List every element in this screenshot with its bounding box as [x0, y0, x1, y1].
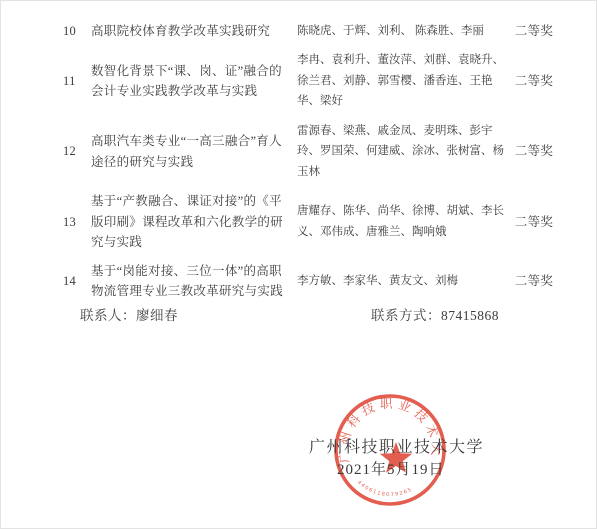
- contact-person: 联系人：廖细春: [80, 304, 178, 324]
- row-number: 10: [57, 21, 91, 41]
- table-row: 14 基于“岗能对接、三位一体”的高职物流管理专业三教改革研究与实践 李方敏、李…: [57, 261, 569, 302]
- table-row: 10 高职院校体育教学改革实践研究 陈晓虎、于辉、刘利、 陈森胜、李丽 二等奖: [57, 21, 569, 41]
- table-row: 12 高职汽车类专业“一高三融合”育人途径的研究与实践 雷源春、梁燕、戚金凤、麦…: [57, 121, 569, 182]
- project-title: 高职汽车类专业“一高三融合”育人途径的研究与实践: [91, 131, 293, 172]
- row-number: 13: [57, 212, 91, 232]
- contact-person-value: 廖细春: [136, 308, 178, 323]
- award-level: 二等奖: [505, 21, 563, 41]
- project-members: 李冉、袁利升、董汝萍、刘群、袁晓升、徐兰君、刘静、郭雪樱、潘香连、王艳华、梁好: [293, 50, 505, 111]
- contact-method: 联系方式：87415868: [371, 304, 499, 324]
- seal-code-text: 4406118079265: [356, 480, 414, 498]
- contact-method-label: 联系方式：: [371, 308, 441, 323]
- award-level: 二等奖: [505, 71, 563, 91]
- footer-organization: 广州科技职业技术大学: [309, 434, 484, 457]
- award-level: 二等奖: [505, 212, 563, 232]
- award-level: 二等奖: [505, 271, 563, 291]
- project-title: 数智化背景下“课、岗、证”融合的会计专业实践教学改革与实践: [91, 61, 293, 102]
- award-level: 二等奖: [505, 141, 563, 161]
- contact-person-label: 联系人：: [80, 308, 136, 323]
- row-number: 12: [57, 141, 91, 161]
- footer-date: 2021年5月19日: [337, 458, 445, 479]
- project-title: 基于“产教融合、课证对接”的《平版印刷》课程改革和六化教学的研究与实践: [91, 191, 293, 252]
- document-page: 10 高职院校体育教学改革实践研究 陈晓虎、于辉、刘利、 陈森胜、李丽 二等奖 …: [0, 0, 597, 529]
- row-number: 11: [57, 71, 91, 91]
- project-title: 基于“岗能对接、三位一体”的高职物流管理专业三教改革研究与实践: [91, 261, 293, 302]
- project-members: 李方敏、李家华、黄友文、刘梅: [293, 271, 505, 291]
- table-row: 13 基于“产教融合、课证对接”的《平版印刷》课程改革和六化教学的研究与实践 唐…: [57, 191, 569, 252]
- project-members: 雷源春、梁燕、戚金凤、麦明珠、彭宇玲、罗国荣、何建威、涂冰、张树富、杨玉林: [293, 121, 505, 182]
- award-table: 10 高职院校体育教学改革实践研究 陈晓虎、于辉、刘利、 陈森胜、李丽 二等奖 …: [57, 21, 569, 302]
- project-title: 高职院校体育教学改革实践研究: [91, 21, 293, 41]
- contact-method-value: 87415868: [441, 308, 499, 323]
- row-number: 14: [57, 271, 91, 291]
- project-members: 唐耀存、陈华、尚华、徐博、胡斌、李长义、邓伟成、唐雅兰、陶响娥: [293, 201, 505, 242]
- project-members: 陈晓虎、于辉、刘利、 陈森胜、李丽: [293, 21, 505, 41]
- table-row: 11 数智化背景下“课、岗、证”融合的会计专业实践教学改革与实践 李冉、袁利升、…: [57, 50, 569, 111]
